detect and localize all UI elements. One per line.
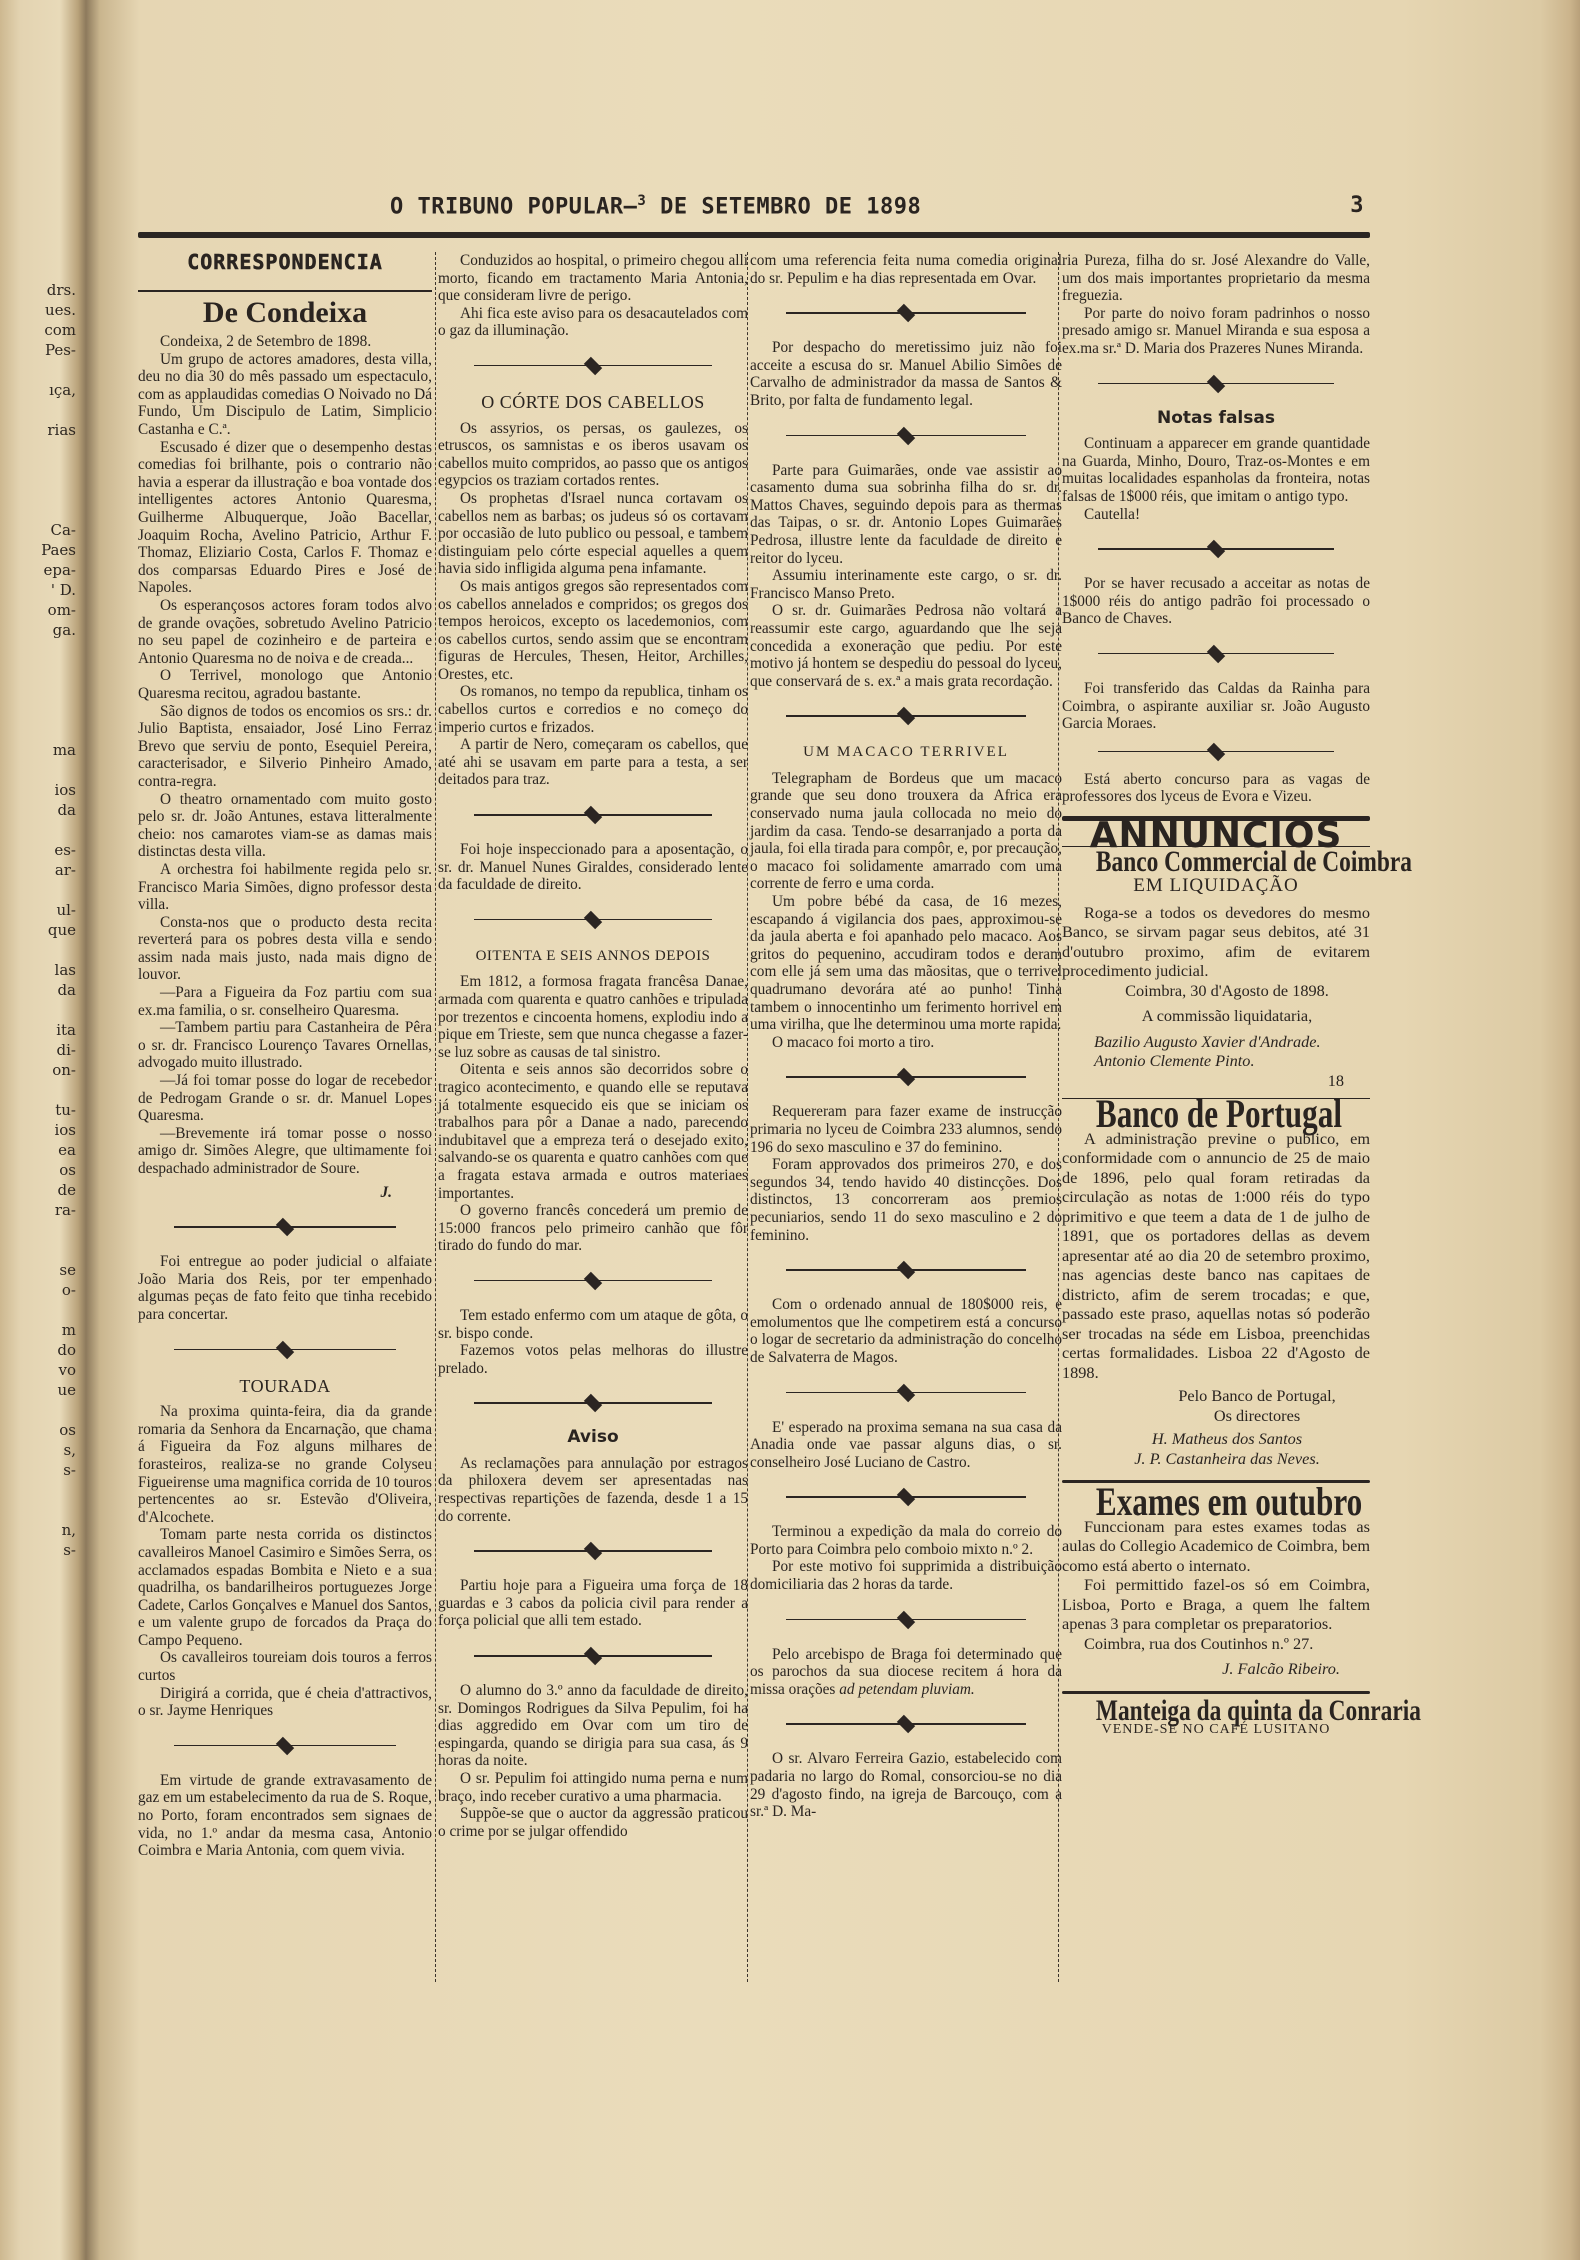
paragraph: Por parte do noivo foram padrinhos o nos… [1062, 305, 1370, 358]
paragraph: ria Pureza, filha do sr. José Alexandre … [1062, 252, 1370, 305]
advertisement-manteiga: Manteiga da quinta da Conraria VENDE-SE … [1062, 1702, 1370, 1739]
paragraph: Conduzidos ao hospital, o primeiro chego… [438, 252, 748, 305]
paragraph: O theatro ornamentado com muito gosto pe… [138, 791, 432, 861]
news-item-aviso: As reclamações para annulação por estrag… [438, 1455, 748, 1525]
margin-text-fragment [0, 940, 76, 960]
margin-text-fragment [0, 1220, 76, 1240]
header-rule [138, 290, 432, 292]
news-item-concurso: Está aberto concurso para as vagas de pr… [1062, 771, 1370, 806]
margin-text-fragment [0, 360, 76, 380]
margin-text-fragment: ue [0, 1380, 76, 1400]
ad-subtitle: EM LIQUIDAÇÃO [1062, 877, 1370, 895]
ornamental-separator [438, 1634, 748, 1678]
column-divider [435, 252, 436, 1982]
advertisement-banco-commercial: Banco Commercial de Coimbra EM LIQUIDAÇÃ… [1062, 853, 1370, 1090]
margin-text-fragment [0, 1300, 76, 1320]
paragraph: Dirigirá a corrida, que é cheia d'attrac… [138, 1685, 432, 1720]
ornamental-separator [438, 1381, 748, 1425]
ornamental-separator [750, 1598, 1062, 1642]
margin-text-fragment [0, 1080, 76, 1100]
paragraph: Os cavalleiros toureiam dois touros a fe… [138, 1649, 432, 1684]
margin-text-fragment: de [0, 1180, 76, 1200]
margin-text-fragment: di- [0, 1040, 76, 1060]
margin-text-fragment: on- [0, 1060, 76, 1080]
newspaper-page: O TRIBUNO POPULAR–3 DE SETEMBRO DE 1898 … [138, 180, 1370, 1980]
ad-title: Manteiga da quinta da Conraria [1096, 1702, 1336, 1720]
margin-text-fragment: do [0, 1340, 76, 1360]
masthead-title: O TRIBUNO POPULAR–3 DE SETEMBRO DE 1898 [390, 193, 921, 219]
margin-text-fragment: os [0, 1160, 76, 1180]
margin-text-fragment [0, 720, 76, 740]
paragraph: Na proxima quinta-feira, dia da grande r… [138, 1403, 432, 1526]
margin-text-fragment: da [0, 800, 76, 820]
ornamental-separator [138, 1724, 432, 1768]
advertisement-banco-de-portugal: Banco de Portugal A administração previn… [1062, 1105, 1370, 1468]
paragraph: O Terrivel, monologo que Antonio Quaresm… [138, 667, 432, 702]
paragraph: Parte para Guimarães, onde vae assistir … [750, 462, 1062, 568]
margin-text-fragment: com [0, 320, 76, 340]
column-1: CORRESPONDENCIA De Condeixa Condeixa, 2 … [138, 252, 432, 1860]
margin-text-fragment [0, 440, 76, 460]
news-item-despacho: Por despacho do meretissimo juiz não foi… [750, 339, 1062, 409]
margin-text-fragment: Pes- [0, 340, 76, 360]
paragraph: O macaco foi morto a tiro. [750, 1034, 1062, 1052]
article-title-corte-dos-cabellos: O CÓRTE DOS CABELLOS [438, 394, 748, 412]
column-3: com uma referencia feita numa comedia or… [750, 252, 1062, 1821]
margin-text-fragment [0, 700, 76, 720]
paragraph: —Brevemente irá tomar posse o nosso amig… [138, 1125, 432, 1178]
ornamental-separator [138, 1328, 432, 1372]
margin-text-fragment: se [0, 1260, 76, 1280]
condeixa-article: Um grupo de actores amadores, desta vill… [138, 351, 432, 1178]
margin-text-fragment: ios [0, 1120, 76, 1140]
article-title-tourada: TOURADA [138, 1378, 432, 1396]
margin-text-fragment [0, 480, 76, 500]
dateline: Condeixa, 2 de Setembro de 1898. [138, 333, 432, 351]
ornamental-separator [1062, 362, 1370, 406]
news-item-braga: Pelo arcebispo de Braga foi determinado … [750, 1646, 1062, 1699]
ad-signatory: Bazilio Augusto Xavier d'Andrade. [1062, 1032, 1370, 1052]
margin-text-fragment [0, 760, 76, 780]
margin-text-fragment: ra- [0, 1200, 76, 1220]
paragraph: Os esperançosos actores foram todos alvo… [138, 597, 432, 667]
margin-text-fragment [0, 660, 76, 680]
ad-committee: A commissão liquidataria, [1062, 1006, 1370, 1026]
masthead-rule [138, 232, 1370, 238]
margin-text-fragment: n, [0, 1520, 76, 1540]
margin-text-fragment: da [0, 980, 76, 1000]
paragraph: Os assyrios, os persas, os gaulezes, os … [438, 420, 748, 490]
ornamental-separator [438, 344, 748, 388]
ornamental-separator [438, 1529, 748, 1573]
paragraph: Escusado é dizer que o desempenho destas… [138, 439, 432, 597]
margin-text-fragment [0, 1400, 76, 1420]
paragraph: Um pobre bébé da casa, de 16 mezes, esca… [750, 893, 1062, 1034]
news-item-chaves: Por se haver recusado a acceitar as nota… [1062, 575, 1370, 628]
masthead: O TRIBUNO POPULAR–3 DE SETEMBRO DE 1898 … [138, 193, 1370, 223]
paragraph: Foram approvados dos primeiros 270, e do… [750, 1156, 1062, 1244]
margin-text-fragment: om- [0, 600, 76, 620]
margin-text-fragment: ıça, [0, 380, 76, 400]
advertisement-exames-em-outubro: Exames em outubro Funccionam para estes … [1062, 1493, 1370, 1679]
margin-text-fragment: ues. [0, 300, 76, 320]
paragraph: Assumiu interinamente este cargo, o sr. … [750, 567, 1062, 602]
margin-text-fragment: ga. [0, 620, 76, 640]
margin-text-fragment: s- [0, 1540, 76, 1560]
margin-text-fragment: ul- [0, 900, 76, 920]
paragraph: Ahi fica este aviso para os desacautelad… [438, 305, 748, 340]
paragraph: Terminou a expedição da mala do correio … [750, 1523, 1062, 1558]
article-title-aviso: Aviso [438, 1429, 748, 1447]
ornamental-separator [750, 414, 1062, 458]
ornamental-separator [750, 1371, 1062, 1415]
ornamental-separator [750, 1055, 1062, 1099]
margin-text-fragment: m [0, 1320, 76, 1340]
article-title-oitenta-e-seis-annos: OITENTA E SEIS ANNOS DEPOIS [438, 948, 748, 966]
margin-text-fragment: vo [0, 1360, 76, 1380]
paragraph: Telegrapham de Bordeus que um macaco gra… [750, 770, 1062, 893]
paragraph: Consta-nos que o producto desta recita r… [138, 914, 432, 984]
paragraph: Em 1812, a formosa fragata francêsa Dana… [438, 973, 748, 1061]
margin-text-fragment: drs. [0, 280, 76, 300]
page-number: 3 [1350, 193, 1364, 218]
section-header-correspondencia: CORRESPONDENCIA [138, 254, 432, 282]
paragraph: Fazemos votos pelas melhoras do illustre… [438, 1342, 748, 1377]
paragraph: —Tambem partiu para Castanheira de Pêra … [138, 1019, 432, 1072]
ornamental-separator [750, 291, 1062, 335]
paragraph: com uma referencia feita numa comedia or… [750, 252, 1062, 287]
ornamental-separator [138, 1205, 432, 1249]
margin-text-fragment: las [0, 960, 76, 980]
ad-body: Foi permittido fazel-os só em Coimbra, L… [1062, 1575, 1370, 1634]
ornamental-separator [1062, 527, 1370, 571]
paragraph: Requereram para fazer exame de instrucçã… [750, 1103, 1062, 1156]
margin-text-fragment: es- [0, 840, 76, 860]
ornamental-separator [750, 694, 1062, 738]
ad-body: Roga-se a todos os devedores do mesmo Ba… [1062, 903, 1370, 981]
paragraph: Por este motivo foi supprimida a distrib… [750, 1558, 1062, 1593]
paragraph: —Para a Figueira da Foz partiu com sua e… [138, 984, 432, 1019]
news-item-moraes: Foi transferido das Caldas da Rainha par… [1062, 680, 1370, 733]
margin-text-fragment: tu- [0, 1100, 76, 1120]
column-4: ria Pureza, filha do sr. José Alexandre … [1062, 252, 1370, 1739]
news-item-policia: Partiu hoje para a Figueira uma força de… [438, 1577, 748, 1630]
section-header-annuncios: ANNUNCIOS [1062, 827, 1370, 845]
margin-text-fragment [0, 1480, 76, 1500]
paragraph: O sr. dr. Guimarães Pedrosa não voltará … [750, 602, 1062, 690]
margin-text-fragment [0, 1240, 76, 1260]
paragraph: O governo francês concederá um premio de… [438, 1202, 748, 1255]
margin-text-fragment [0, 1000, 76, 1020]
ornamental-separator [750, 1248, 1062, 1292]
previous-page-margin: drs.ues.comPes- ıça, rias Ca-Paesepa-' D… [0, 280, 76, 1560]
margin-text-fragment: Ca- [0, 520, 76, 540]
paragraph: Um grupo de actores amadores, desta vill… [138, 351, 432, 439]
ad-body: A administração previne o publico, em co… [1062, 1129, 1370, 1383]
ad-by-line: Pelo Banco de Portugal, [1062, 1386, 1370, 1406]
ornamental-separator [438, 793, 748, 837]
paragraph: A partir de Nero, começaram os cabellos,… [438, 736, 748, 789]
margin-text-fragment: Paes [0, 540, 76, 560]
ad-directors-label: Os directores [1062, 1406, 1370, 1426]
ornamental-separator [1062, 737, 1370, 767]
ornamental-separator [1062, 632, 1370, 676]
signature: J. [138, 1184, 432, 1202]
article-title-condeixa: De Condeixa [138, 304, 432, 322]
paragraph: Suppõe-se que o auctor da aggressão prat… [438, 1805, 748, 1840]
margin-text-fragment: s, [0, 1440, 76, 1460]
margin-text-fragment: que [0, 920, 76, 940]
margin-text-fragment: epa- [0, 560, 76, 580]
article-title-macaco-terrivel: UM MACACO TERRIVEL [750, 744, 1062, 762]
ornamental-separator [750, 1702, 1062, 1746]
ad-title: Banco Commercial de Coimbra [1096, 853, 1336, 871]
paragraph: Tomam parte nesta corrida os distinctos … [138, 1526, 432, 1649]
paragraph: Oitenta e seis annos são decorridos sobr… [438, 1061, 748, 1202]
ad-title: Exames em outubro [1096, 1493, 1336, 1511]
ornamental-separator [438, 898, 748, 942]
margin-text-fragment: ' D. [0, 580, 76, 600]
ad-signatory: Antonio Clemente Pinto. [1062, 1051, 1370, 1071]
ad-signature: J. Falcão Ribeiro. [1062, 1659, 1370, 1679]
paragraph: —Já foi tomar posse do logar de recebedo… [138, 1072, 432, 1125]
paragraph: Continuam a apparecer em grande quantida… [1062, 435, 1370, 505]
margin-text-fragment [0, 400, 76, 420]
margin-text-fragment: os [0, 1420, 76, 1440]
margin-text-fragment: ar- [0, 860, 76, 880]
news-item-gaz: Em virtude de grande extravasamento de g… [138, 1772, 432, 1860]
ornamental-separator [438, 1259, 748, 1303]
margin-text-fragment [0, 500, 76, 520]
ad-body: Funccionam para estes exames todas as au… [1062, 1517, 1370, 1576]
paragraph: Os mais antigos gregos são representados… [438, 578, 748, 684]
ad-title: Banco de Portugal [1096, 1105, 1336, 1123]
ad-body: Coimbra, rua dos Coutinhos n.º 27. [1062, 1634, 1370, 1654]
news-item-anadia: E' esperado na proxima semana na sua cas… [750, 1419, 1062, 1472]
paragraph: O alumno do 3.º anno da faculdade de dir… [438, 1682, 748, 1770]
margin-text-fragment: s- [0, 1460, 76, 1480]
margin-text-fragment: ea [0, 1140, 76, 1160]
ad-number: 18 [1062, 1071, 1370, 1091]
article-title-notas-falsas: Notas falsas [1062, 410, 1370, 428]
margin-text-fragment: ios [0, 780, 76, 800]
paragraph: O sr. Pepulim foi attingido numa perna e… [438, 1770, 748, 1805]
paragraph: São dignos de todos os encomios os srs.:… [138, 703, 432, 791]
margin-text-fragment: o- [0, 1280, 76, 1300]
margin-text-fragment [0, 820, 76, 840]
ad-signatory: H. Matheus dos Santos [1062, 1429, 1370, 1449]
paragraph: Os prophetas d'Israel nunca cortavam os … [438, 490, 748, 578]
margin-text-fragment: ma [0, 740, 76, 760]
ad-signatory: J. P. Castanheira das Neves. [1062, 1449, 1370, 1469]
paragraph: Cautella! [1062, 506, 1370, 524]
news-item-gazio: O sr. Alvaro Ferreira Gazio, estabelecid… [750, 1750, 1062, 1820]
ad-dateline: Coimbra, 30 d'Agosto de 1898. [1062, 981, 1370, 1001]
margin-text-fragment: ita [0, 1020, 76, 1040]
margin-text-fragment [0, 1500, 76, 1520]
margin-text-fragment [0, 460, 76, 480]
paragraph: A orchestra foi habilmente regida pelo s… [138, 861, 432, 914]
news-item-salvaterra: Com o ordenado annual de 180$000 reis, e… [750, 1296, 1062, 1366]
news-item-giraldes: Foi hoje inspeccionado para a aposentaçã… [438, 841, 748, 894]
ornamental-separator [750, 1475, 1062, 1519]
news-item-alfaiate: Foi entregue ao poder judicial o alfaiat… [138, 1253, 432, 1323]
margin-text-fragment [0, 640, 76, 660]
paragraph: Tem estado enfermo com um ataque de gôta… [438, 1307, 748, 1342]
margin-text-fragment [0, 680, 76, 700]
margin-text-fragment [0, 880, 76, 900]
column-2: Conduzidos ao hospital, o primeiro chego… [438, 252, 748, 1840]
paragraph: Os romanos, no tempo da republica, tinha… [438, 683, 748, 736]
margin-text-fragment: rias [0, 420, 76, 440]
